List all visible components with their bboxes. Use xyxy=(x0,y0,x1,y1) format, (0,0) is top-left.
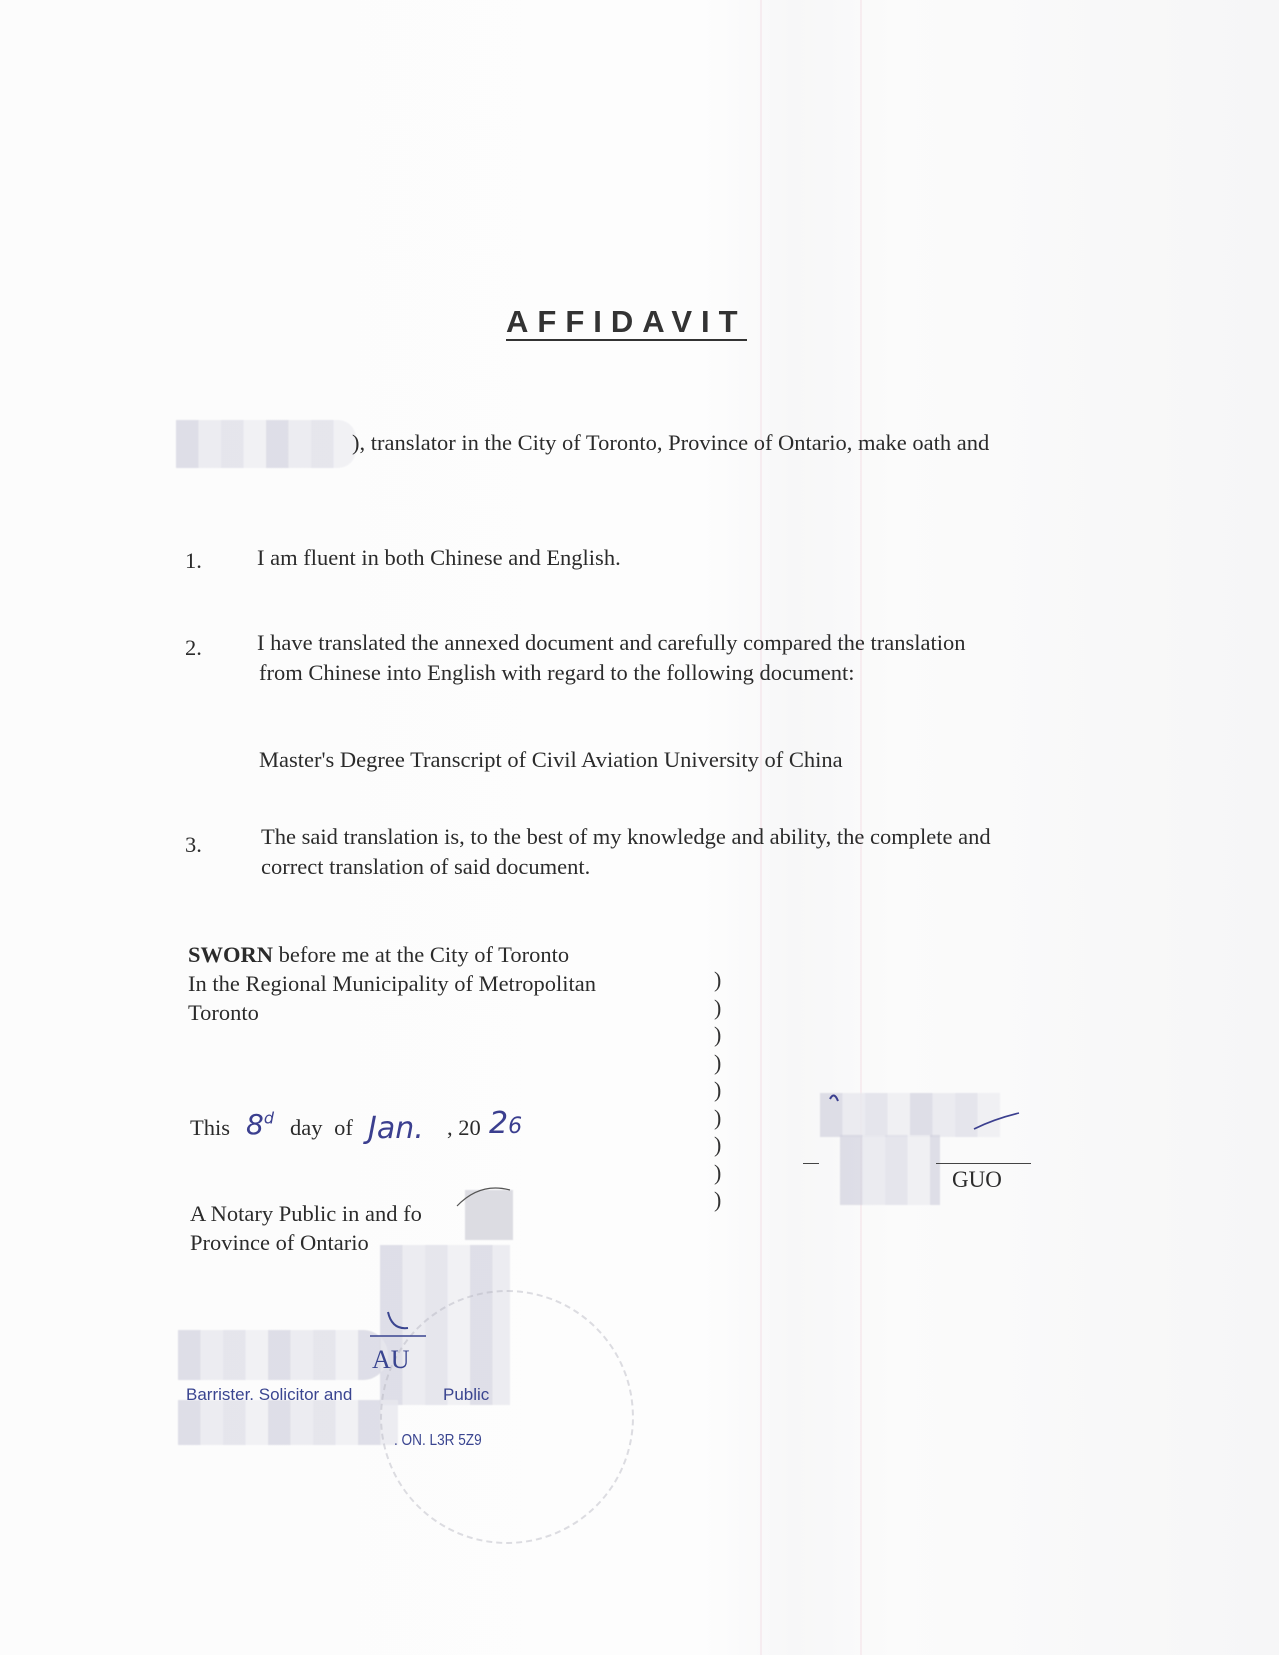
item-text: correct translation of said document. xyxy=(261,852,590,882)
referenced-document: Master's Degree Transcript of Civil Avia… xyxy=(259,745,843,775)
deponent-name-fragment: GUO xyxy=(952,1165,1002,1195)
sworn-rest: before me at the City of Toronto xyxy=(273,942,569,967)
sworn-line: SWORN before me at the City of Toronto xyxy=(188,940,569,970)
sworn-bold: SWORN xyxy=(188,942,273,967)
item-number: 3. xyxy=(185,830,202,860)
item-number: 1. xyxy=(185,546,202,576)
parenthesis: ) xyxy=(714,1186,721,1214)
parenthesis: ) xyxy=(714,1131,721,1159)
sworn-line: In the Regional Municipality of Metropol… xyxy=(188,969,596,999)
handwritten-year: 26 xyxy=(489,1106,522,1141)
sworn-line: Toronto xyxy=(188,998,259,1028)
parenthesis: ) xyxy=(714,966,721,994)
parenthesis: ) xyxy=(714,1104,721,1132)
redacted-stamp-block xyxy=(178,1330,388,1380)
signature-line-left xyxy=(803,1163,819,1164)
item-text: The said translation is, to the best of … xyxy=(261,822,991,852)
handwritten-day: 8d xyxy=(246,1108,274,1141)
date-year-prefix: , 20 xyxy=(447,1113,481,1143)
parenthesis: ) xyxy=(714,1021,721,1049)
stamp-role: Barrister. Solicitor and xyxy=(186,1385,352,1405)
intro-fragment xyxy=(176,470,216,480)
document-title: AFFIDAVIT xyxy=(506,305,747,341)
handwritten-month: Jan. xyxy=(368,1111,424,1146)
item-text: I am fluent in both Chinese and English. xyxy=(257,543,621,573)
item-text: I have translated the annexed document a… xyxy=(257,628,965,658)
intro-line: ), translator in the City of Toronto, Pr… xyxy=(352,428,989,458)
document-page: AFFIDAVIT ), translator in the City of T… xyxy=(0,0,1279,1655)
stamp-name-fragment: AU xyxy=(372,1345,410,1375)
item-text: from Chinese into English with regard to… xyxy=(259,658,855,688)
stamp-address: . ON. L3R 5Z9 xyxy=(394,1432,482,1450)
parentheses-column: ))))))))) xyxy=(714,966,721,1214)
notary-line: A Notary Public in and fo xyxy=(190,1199,422,1229)
redacted-stamp-block xyxy=(178,1400,398,1445)
redacted-signature xyxy=(840,1135,940,1205)
parenthesis: ) xyxy=(714,1049,721,1077)
date-day-of: day of xyxy=(290,1113,353,1143)
stamp-arc xyxy=(368,1310,428,1338)
stamp-role: Public xyxy=(443,1385,489,1405)
signature-line-right xyxy=(936,1163,1031,1164)
redacted-name xyxy=(176,420,356,468)
parenthesis: ) xyxy=(714,1159,721,1187)
signature-stroke xyxy=(455,1180,515,1210)
parenthesis: ) xyxy=(714,994,721,1022)
parenthesis: ) xyxy=(714,1076,721,1104)
notary-line: Province of Ontario xyxy=(190,1228,369,1258)
signature-stroke xyxy=(824,1085,1024,1135)
date-this: This xyxy=(190,1113,230,1143)
item-number: 2. xyxy=(185,633,202,663)
